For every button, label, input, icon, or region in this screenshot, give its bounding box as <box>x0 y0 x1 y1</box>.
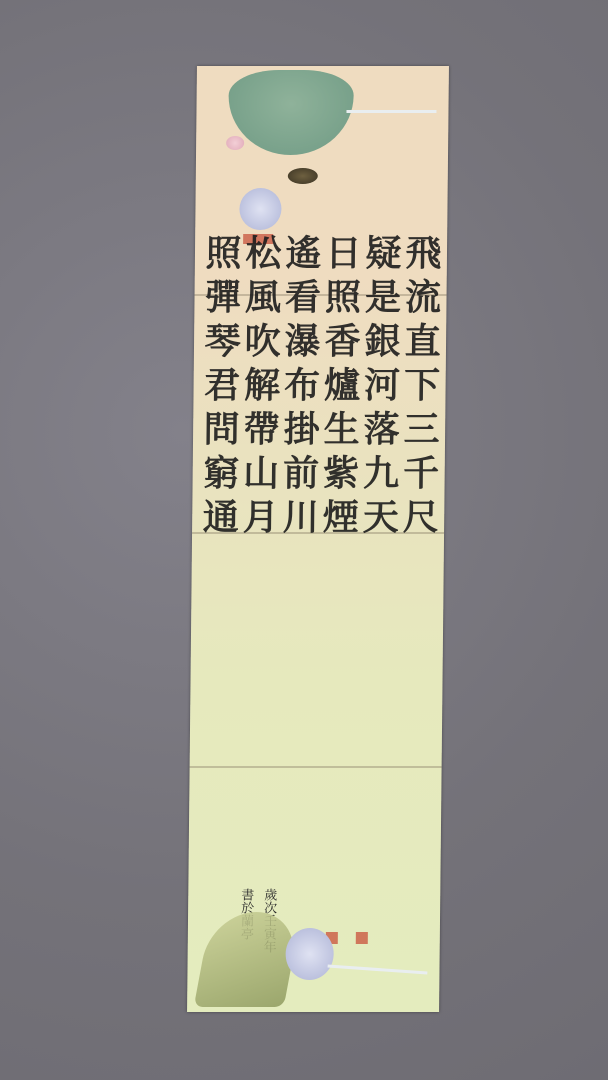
calligraphy-column: 照彈琴君問窮通 <box>196 234 239 894</box>
calligraphy-text: 飛流直下三千尺 疑是銀河落九天 日照香爐生紫煙 遙看瀑布掛前川 松風吹解帶山月 … <box>188 234 447 894</box>
bird <box>288 168 318 184</box>
lotus-leaf-top <box>228 70 354 155</box>
lotus-bud-pink <box>226 136 244 150</box>
calligraphy-column: 遙看瀑布掛前川 <box>276 234 319 894</box>
calligraphy-column: 松風吹解帶山月 <box>236 234 279 894</box>
calligraphy-scroll: 飛流直下三千尺 疑是銀河落九天 日照香爐生紫煙 遙看瀑布掛前川 松風吹解帶山月 … <box>187 66 449 1012</box>
lotus-stem-bottom <box>328 965 428 975</box>
lotus-flower-top <box>239 188 281 230</box>
calligraphy-column: 飛流直下三千尺 <box>396 234 439 894</box>
seal-stamp <box>356 932 368 944</box>
calligraphy-column: 日照香爐生紫煙 <box>316 234 359 894</box>
lotus-flower-bottom <box>285 928 334 980</box>
lotus-stem <box>346 110 436 113</box>
calligraphy-column: 疑是銀河落九天 <box>356 234 399 894</box>
